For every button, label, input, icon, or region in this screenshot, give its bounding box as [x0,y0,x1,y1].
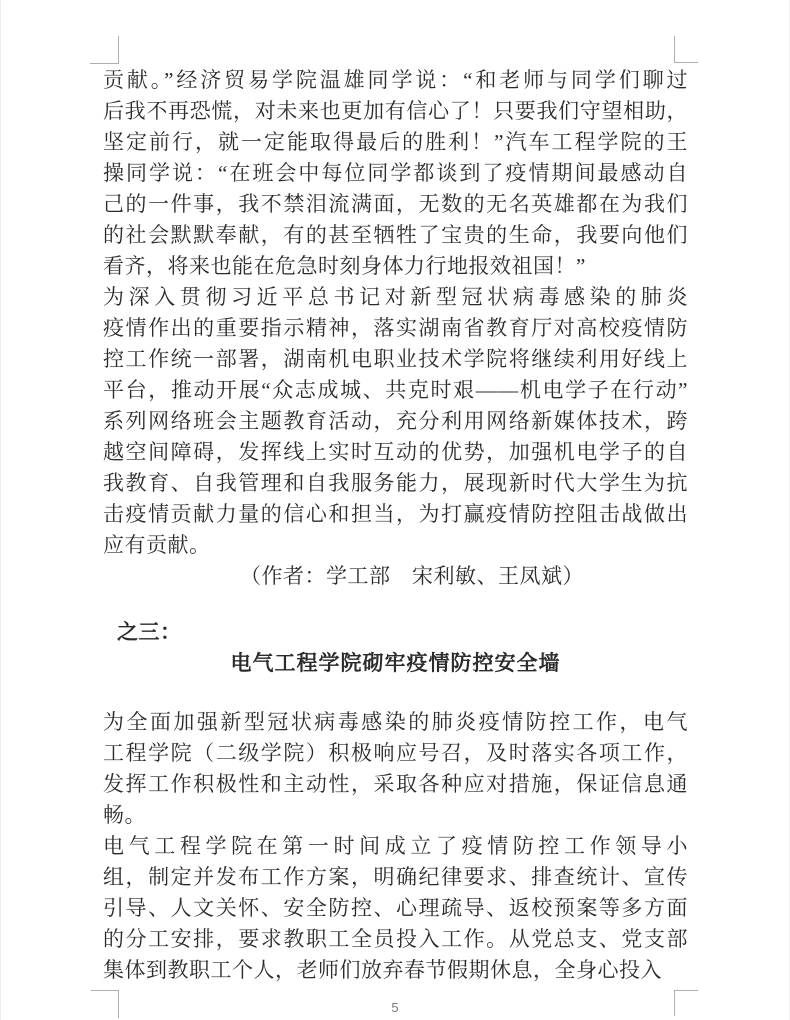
text-line: 组，制定并发布工作方案，明确纪律要求、排查统计、宣传 [103,862,688,893]
text-line: 越空间障碍，发挥线上实时互动的优势，加强机电学子的自 [103,437,688,468]
text-line: 平台，推动开展“众志成城、共克时艰——机电学子在行动” [103,375,688,406]
section-label: 之三： [117,617,688,648]
page-number: 5 [0,1000,790,1016]
section-heading: 电气工程学院砌牢疫情防控安全墙 [103,648,688,679]
document-page: 贡献。”经济贸易学院温雄同学说：“和老师与同学们聊过后我不再恐慌，对未来也更加有… [0,0,790,1020]
text-line: 控工作统一部署，湖南机电职业技术学院将继续利用好线上 [103,344,688,375]
text-line: 工程学院（二级学院）积极响应号召，及时落实各项工作， [103,738,688,769]
margin-crop-mark-top-left [90,36,119,64]
text-line: 我教育、自我管理和自我服务能力，展现新时代大学生为抗 [103,468,688,499]
text-line: 为全面加强新型冠状病毒感染的肺炎疫情防控工作，电气 [103,707,688,738]
document-body: 贡献。”经济贸易学院温雄同学说：“和老师与同学们聊过后我不再恐慌，对未来也更加有… [103,65,688,986]
paragraph-continuation: 贡献。”经济贸易学院温雄同学说：“和老师与同学们聊过后我不再恐慌，对未来也更加有… [103,65,688,282]
text-line: 后我不再恐慌，对未来也更加有信心了！只要我们守望相助， [103,96,688,127]
text-line: 坚定前行，就一定能取得最后的胜利！”汽车工程学院的王 [103,127,688,158]
paragraph-college-response: 为全面加强新型冠状病毒感染的肺炎疫情防控工作，电气工程学院（二级学院）积极响应号… [103,707,688,831]
margin-crop-mark-top-right [674,36,698,63]
text-line: 集体到教职工个人，老师们放弃春节假期休息，全身心投入 [103,955,688,986]
text-line: 看齐，将来也能在危急时刻身体力行地报效祖国！” [103,251,688,282]
text-line: 为深入贯彻习近平总书记对新型冠状病毒感染的肺炎 [103,282,688,313]
text-line: 电气工程学院在第一时间成立了疫情防控工作领导小 [103,831,688,862]
text-line: 的社会默默奉献，有的甚至牺牲了宝贵的生命，我要向他们 [103,220,688,251]
text-line: 疫情作出的重要指示精神，落实湖南省教育厅对高校疫情防 [103,313,688,344]
text-line: 操同学说：“在班会中每位同学都谈到了疫情期间最感动自 [103,158,688,189]
text-line: 发挥工作积极性和主动性，采取各种应对措施，保证信息通 [103,769,688,800]
text-line: 己的一件事，我不禁泪流满面，无数的无名英雄都在为我们 [103,189,688,220]
paragraph-leadership-group: 电气工程学院在第一时间成立了疫情防控工作领导小组，制定并发布工作方案，明确纪律要… [103,831,688,986]
text-line: 击疫情贡献力量的信心和担当，为打赢疫情防控阻击战做出 [103,499,688,530]
text-line: 的分工安排，要求教职工全员投入工作。从党总支、党支部 [103,924,688,955]
text-line: 引导、人文关怀、安全防控、心理疏导、返校预案等多方面 [103,893,688,924]
text-line: 应有贡献。 [103,530,688,561]
text-line: 系列网络班会主题教育活动，充分利用网络新媒体技术，跨 [103,406,688,437]
text-line: 贡献。”经济贸易学院温雄同学说：“和老师与同学们聊过 [103,65,688,96]
paragraph-campaign-plan: 为深入贯彻习近平总书记对新型冠状病毒感染的肺炎疫情作出的重要指示精神，落实湖南省… [103,282,688,561]
blank-line [103,679,688,707]
author-byline: （作者：学工部 宋利敏、王凤斌） [103,561,688,592]
blank-line [103,592,688,617]
text-line: 畅。 [103,800,688,831]
